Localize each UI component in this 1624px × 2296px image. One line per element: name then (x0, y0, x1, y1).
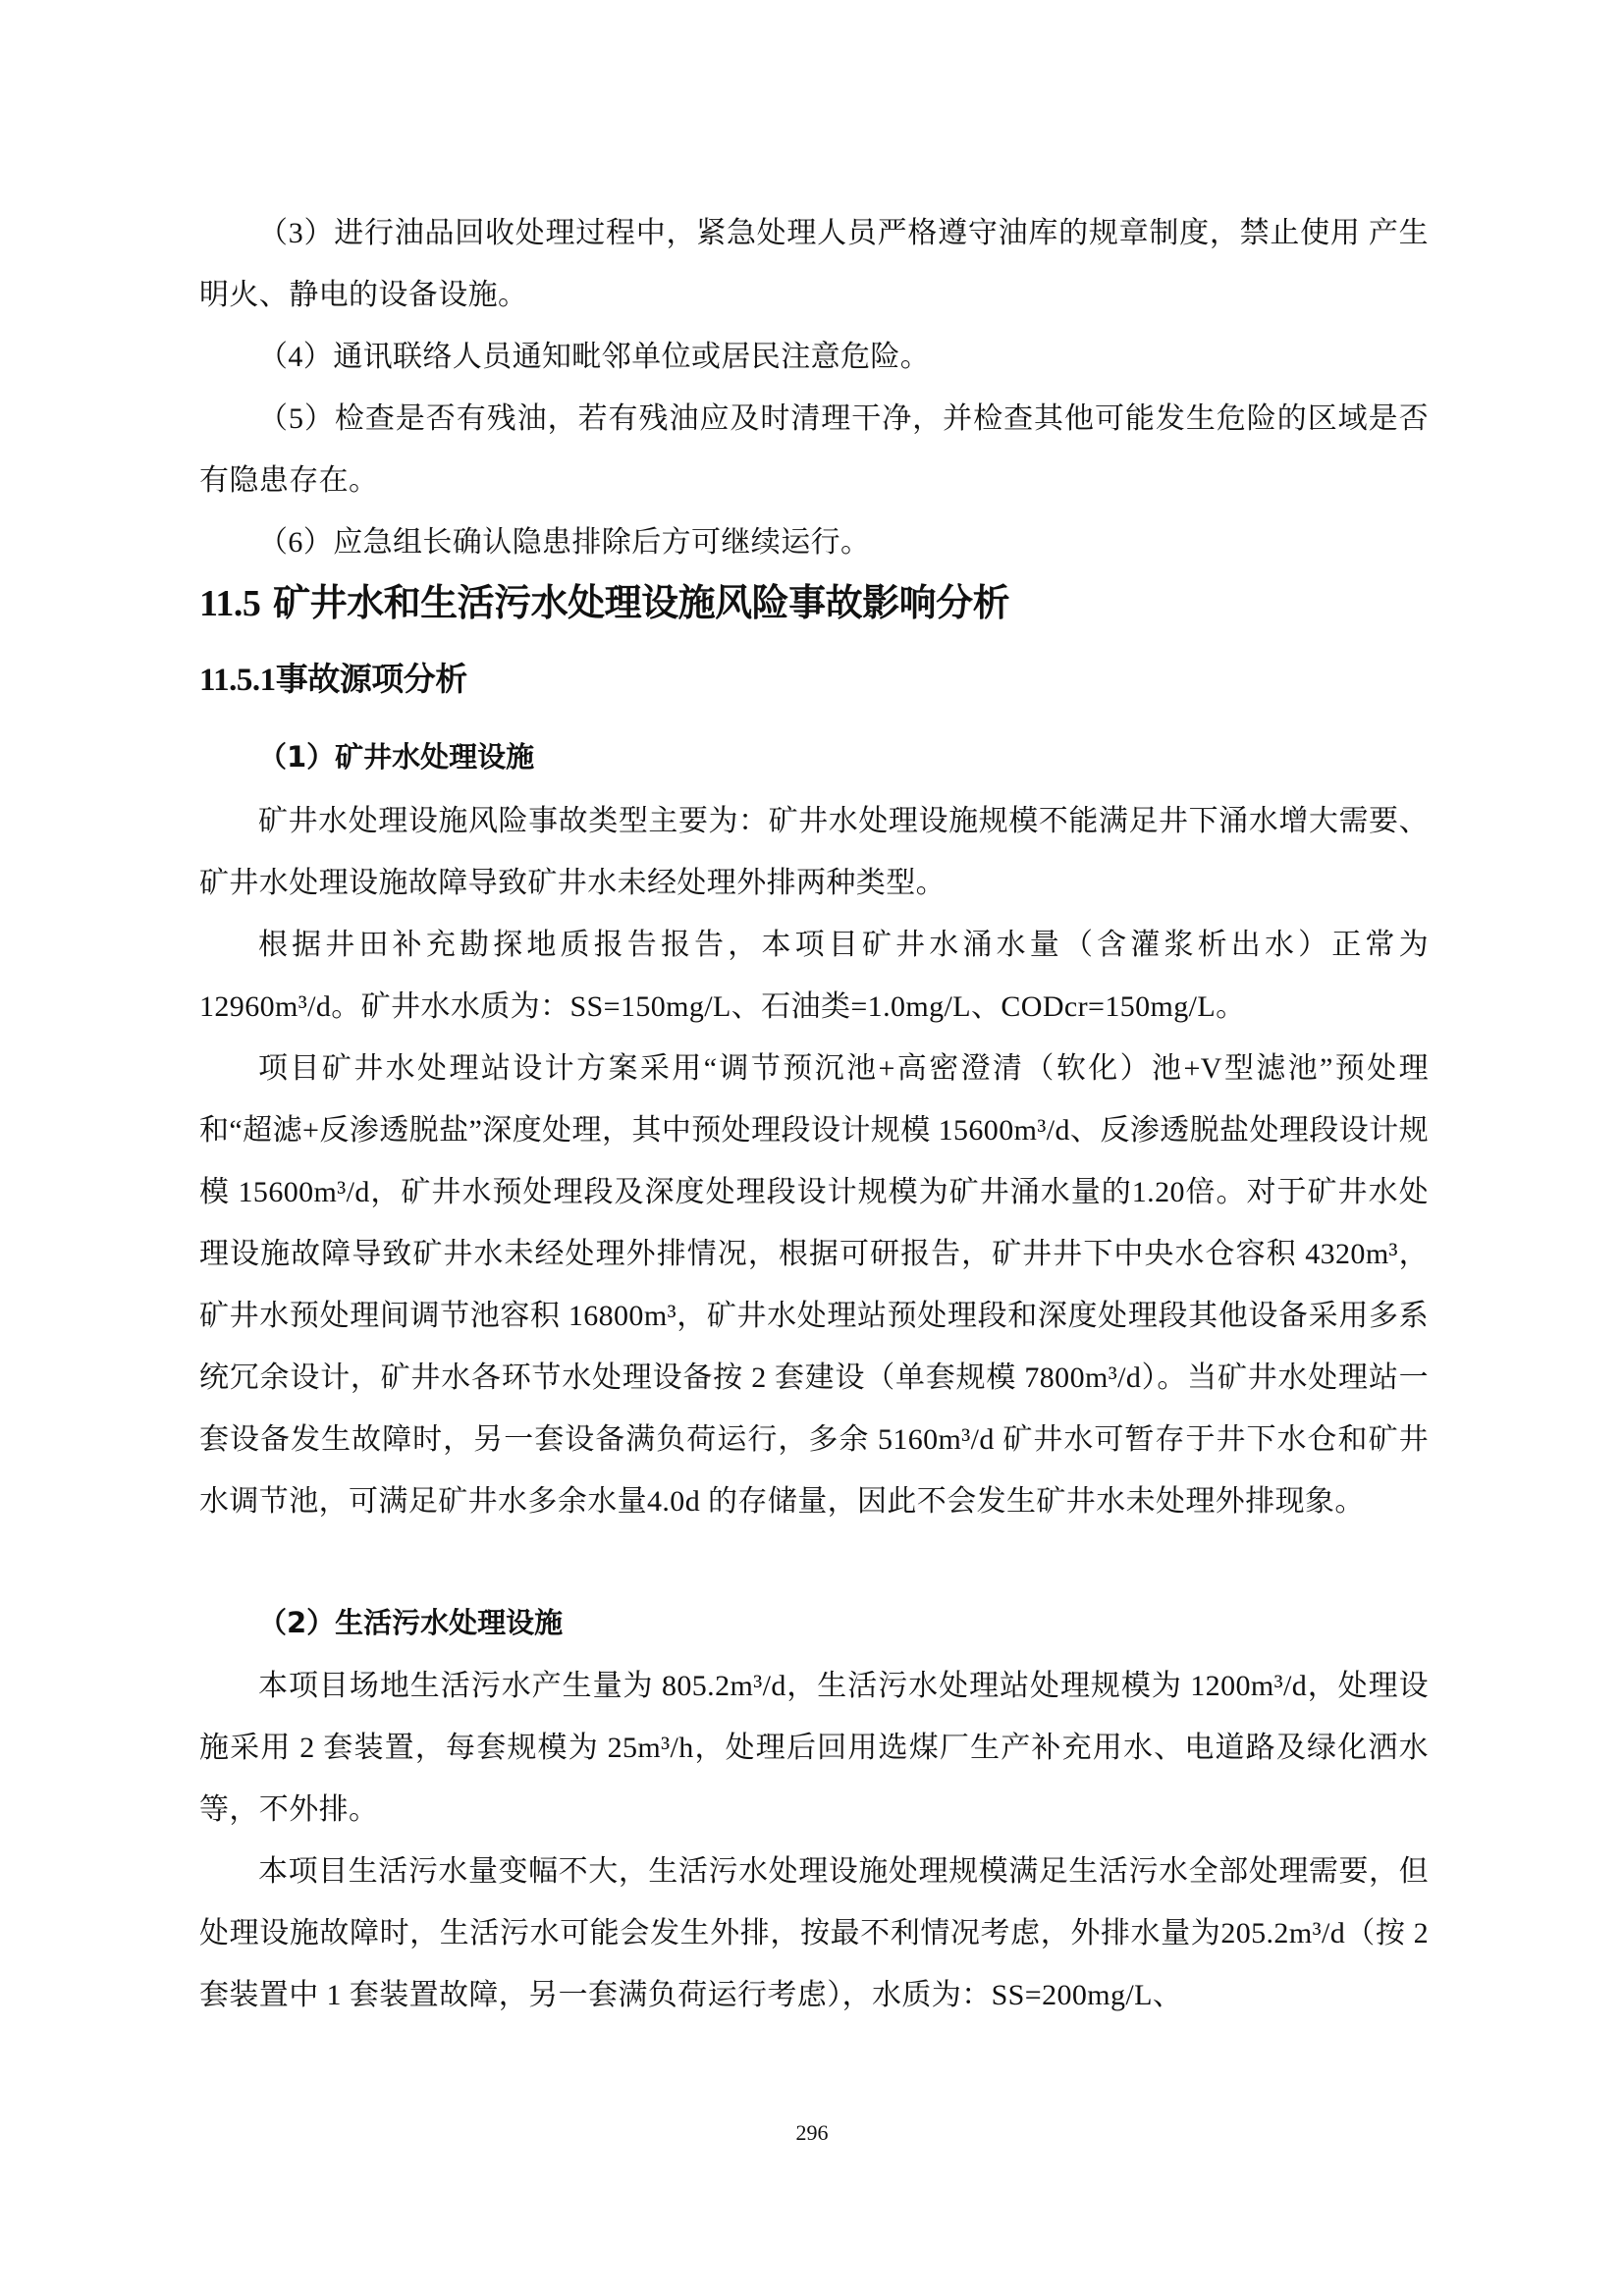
subsection-number: 11.5.1 (199, 663, 276, 698)
section-number: 11.5 (199, 583, 260, 624)
subsection-title: 事故源项分析 (276, 660, 467, 698)
page-number: 296 (0, 2120, 1624, 2146)
paragraph-item-5: （5）检查是否有残油，若有残油应及时清理干净，并检查其他可能发生危险的区域是否有… (199, 388, 1429, 511)
item1-paragraph-3: 项目矿井水处理站设计方案采用“调节预沉池+高密澄清（软化）池+V型滤池”预处理和… (199, 1038, 1429, 1532)
paragraph-item-3: （3）进行油品回收处理过程中，紧急处理人员严格遵守油库的规章制度，禁止使用 产生… (199, 202, 1429, 326)
paragraph-item-6: （6）应急组长确认隐患排除后方可继续运行。 (199, 511, 1429, 573)
item2-paragraph-1: 本项目场地生活污水产生量为 805.2m³/d，生活污水处理站处理规模为 120… (199, 1655, 1429, 1841)
section-heading: 11.5 矿井水和生活污水处理设施风险事故影响分析 (199, 573, 1009, 633)
item2-heading: （2）生活污水处理设施 (258, 1593, 563, 1652)
section-title: 矿井水和生活污水处理设施风险事故影响分析 (273, 581, 1009, 624)
item1-paragraph-2: 根据井田补充勘探地质报告报告，本项目矿井水涌水量（含灌浆析出水）正常为12960… (199, 914, 1429, 1038)
item1-paragraph-1: 矿井水处理设施风险事故类型主要为：矿井水处理设施规模不能满足井下涌水增大需要、矿… (199, 790, 1429, 914)
item2-paragraph-2: 本项目生活污水量变幅不大，生活污水处理设施处理规模满足生活污水全部处理需要，但处… (199, 1841, 1429, 2026)
paragraph-item-4: （4）通讯联络人员通知毗邻单位或居民注意危险。 (199, 326, 1429, 388)
item1-heading: （1）矿井水处理设施 (258, 727, 534, 786)
subsection-heading: 11.5.1事故源项分析 (199, 650, 467, 710)
